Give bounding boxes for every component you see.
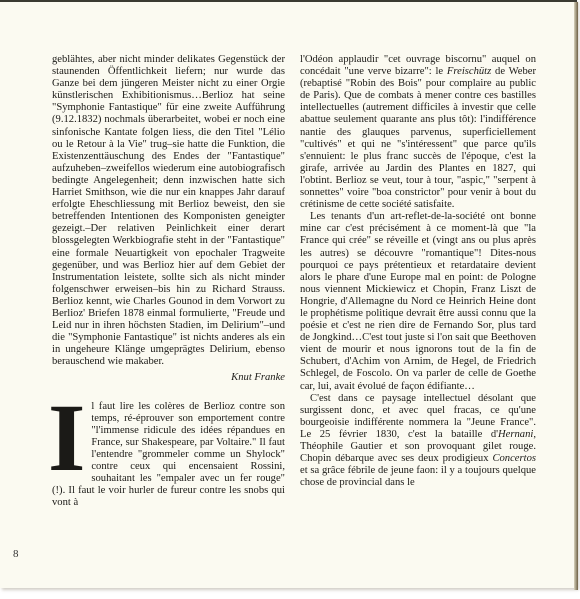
author-signature: Knut Franke (52, 372, 285, 384)
left-column: geblähtes, aber nicht minder delikates G… (52, 54, 285, 509)
right-column: l'Odéon applaudir "cet ouvrage biscornu"… (300, 54, 536, 489)
french-paragraph-2: Les tenants d'un art-reflet-de-la-sociét… (300, 211, 536, 392)
french-paragraph-1: l'Odéon applaudir "cet ouvrage biscornu"… (300, 54, 536, 211)
text-run: et sa grâce fébrile de jeune faon: il y … (300, 465, 536, 488)
french-paragraph-3: C'est dans ce paysage intellectuel désol… (300, 393, 536, 490)
page-number: 8 (13, 548, 19, 560)
german-paragraph: geblähtes, aber nicht minder delikates G… (52, 54, 285, 368)
work-title-freischutz: Freischütz (447, 66, 491, 77)
french-intro-paragraph: Il faut lire les colères de Berlioz cont… (52, 401, 285, 510)
work-title-hernani: Hernani (498, 429, 533, 440)
text-run: de Weber (rebaptisé "Robin des Bois" pou… (300, 66, 536, 210)
drop-cap: I (48, 403, 85, 477)
french-intro-text: l faut lire les colères de Berlioz contr… (52, 401, 285, 509)
work-title-concertos: Concertos (492, 453, 536, 464)
page-edge (574, 2, 578, 590)
booklet-page: geblähtes, aber nicht minder delikates G… (0, 0, 577, 588)
